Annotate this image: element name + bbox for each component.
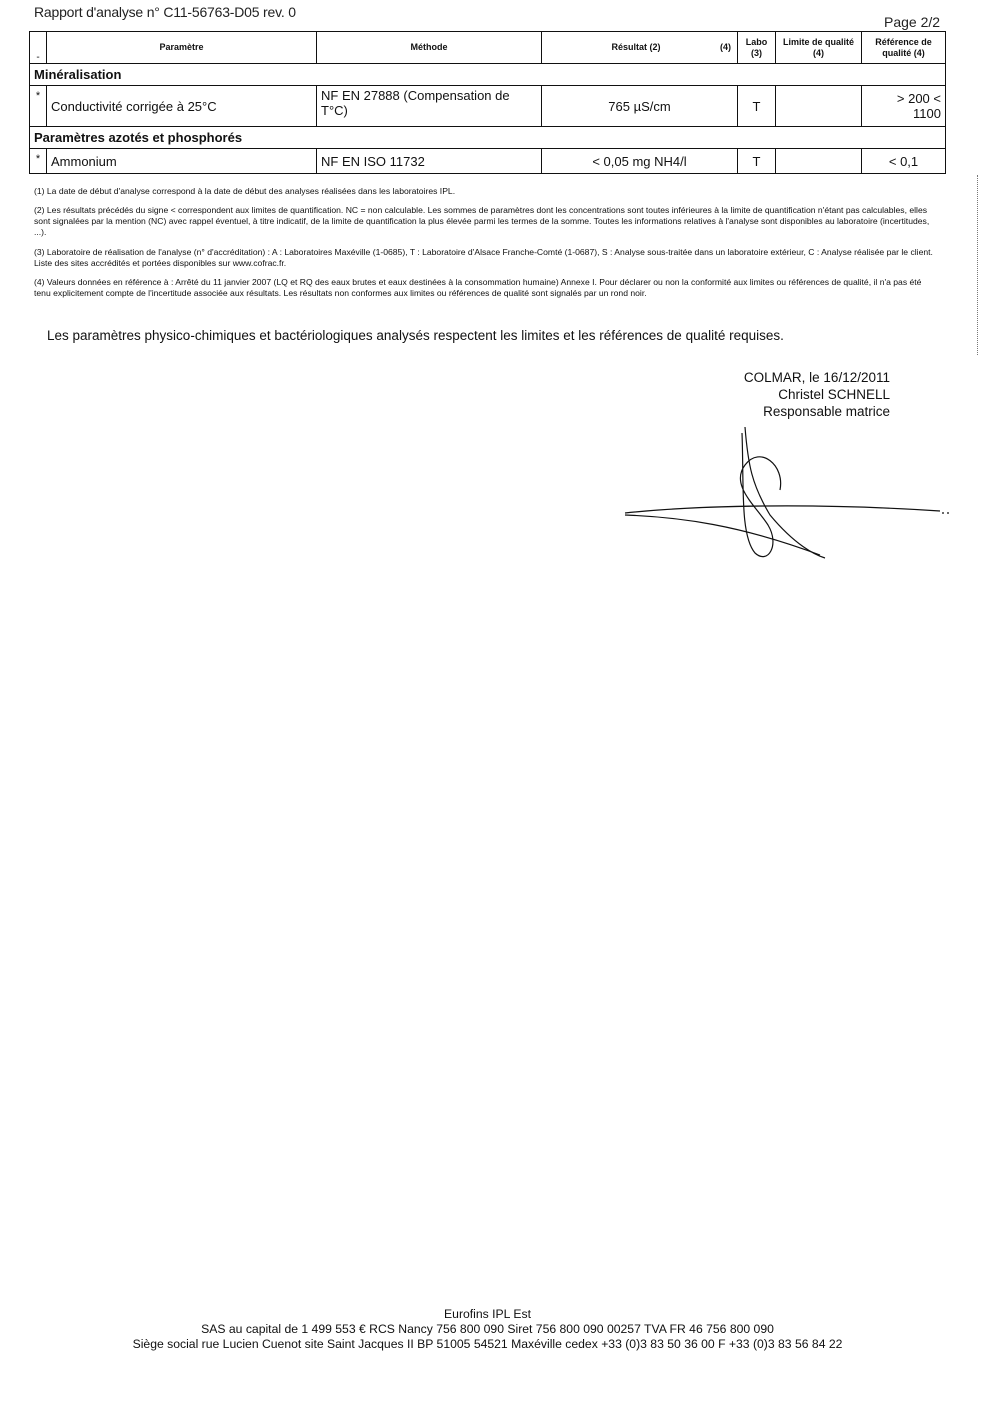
row-marker: *: [30, 149, 47, 174]
section-row: Paramètres azotés et phosphorés: [30, 127, 946, 149]
footnote-4: (4) Valeurs données en référence à : Arr…: [34, 277, 934, 299]
row-parametre: Conductivité corrigée à 25°C: [47, 86, 317, 127]
header-limite: Limite de qualité (4): [776, 32, 862, 64]
footnotes: (1) La date de début d'analyse correspon…: [34, 186, 934, 307]
signature-block: COLMAR, le 16/12/2011 Christel SCHNELL R…: [744, 369, 890, 420]
header-reference: Référence de qualité (4): [862, 32, 946, 64]
header-labo: Labo (3): [738, 32, 776, 64]
section-title: Minéralisation: [30, 64, 946, 86]
table-row: * Conductivité corrigée à 25°C NF EN 278…: [30, 86, 946, 127]
row-marker: *: [30, 86, 47, 127]
row-limite: [776, 86, 862, 127]
footer-address: Siège social rue Lucien Cuenot site Sain…: [0, 1337, 975, 1352]
header-resultat-label: Résultat (2): [552, 42, 720, 53]
row-reference: < 0,1: [862, 149, 946, 174]
conclusion-statement: Les paramètres physico-chimiques et bact…: [47, 328, 784, 343]
signatory-name: Christel SCHNELL: [744, 386, 890, 403]
signatory-role: Responsable matrice: [744, 403, 890, 420]
footnote-1: (1) La date de début d'analyse correspon…: [34, 186, 934, 197]
signature-icon: [620, 425, 950, 565]
section-row: Minéralisation: [30, 64, 946, 86]
page-number: Page 2/2: [884, 14, 940, 30]
header-marker: -: [30, 32, 47, 64]
footnote-2: (2) Les résultats précédés du signe < co…: [34, 205, 934, 238]
row-resultat: < 0,05 mg NH4/l: [542, 149, 738, 174]
row-parametre: Ammonium: [47, 149, 317, 174]
results-table: - Paramètre Méthode Résultat (2) (4) Lab…: [29, 31, 946, 174]
table-row: * Ammonium NF EN ISO 11732 < 0,05 mg NH4…: [30, 149, 946, 174]
footnote-3: (3) Laboratoire de réalisation de l'anal…: [34, 247, 934, 269]
header-resultat: Résultat (2) (4): [542, 32, 738, 64]
row-methode: NF EN 27888 (Compensation de T°C): [317, 86, 542, 127]
row-resultat: 765 µS/cm: [542, 86, 738, 127]
row-reference: > 200 < 1100: [862, 86, 946, 127]
report-title: Rapport d'analyse n° C11-56763-D05 rev. …: [34, 4, 296, 20]
footer-company: Eurofins IPL Est: [0, 1307, 975, 1322]
header-methode: Méthode: [317, 32, 542, 64]
section-title: Paramètres azotés et phosphorés: [30, 127, 946, 149]
row-labo: T: [738, 86, 776, 127]
table-header-row: - Paramètre Méthode Résultat (2) (4) Lab…: [30, 32, 946, 64]
page-footer: Eurofins IPL Est SAS au capital de 1 499…: [0, 1307, 975, 1352]
header-parametre: Paramètre: [47, 32, 317, 64]
place-date: COLMAR, le 16/12/2011: [744, 369, 890, 386]
footer-legal: SAS au capital de 1 499 553 € RCS Nancy …: [0, 1322, 975, 1337]
scan-artifact: [977, 175, 979, 355]
row-methode: NF EN ISO 11732: [317, 149, 542, 174]
header-resultat-note: (4): [720, 42, 731, 53]
row-labo: T: [738, 149, 776, 174]
row-limite: [776, 149, 862, 174]
